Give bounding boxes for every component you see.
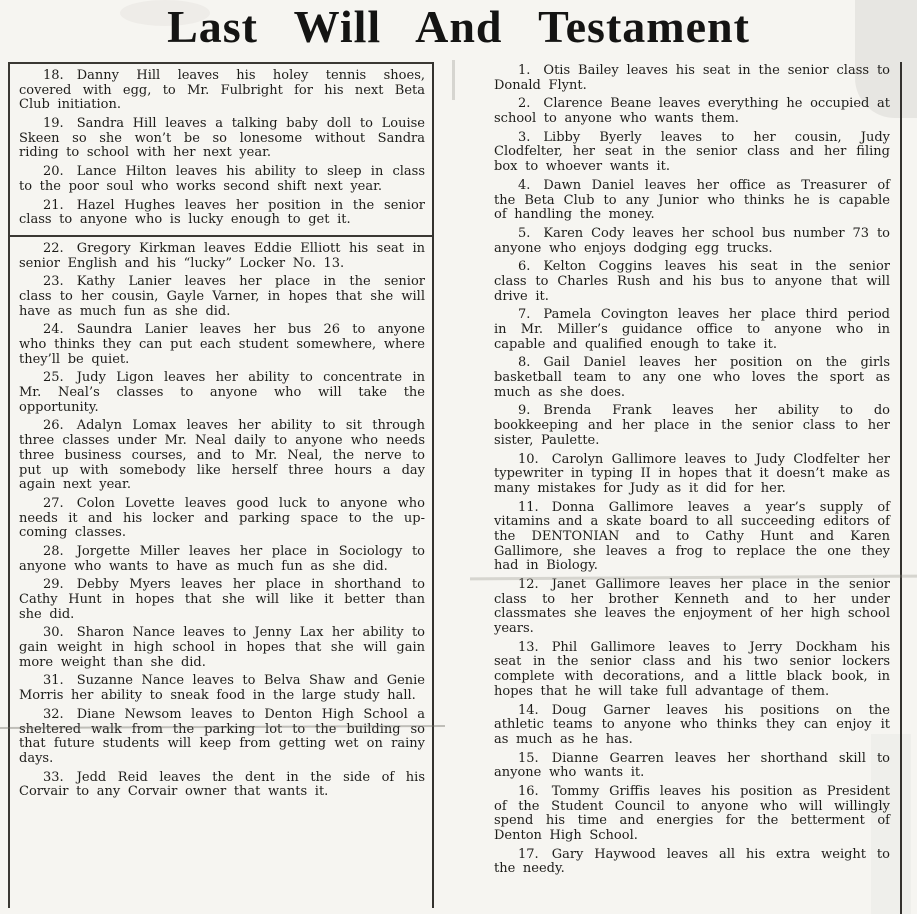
page-title: Last Will And Testament bbox=[0, 0, 917, 53]
entry-text: Dawn Daniel leaves her office as Treasur… bbox=[494, 178, 890, 222]
entry-text: Suzanne Nance leaves to Belva Shaw and G… bbox=[19, 673, 425, 703]
entry-text: Tommy Griffis leaves his position as Pre… bbox=[494, 784, 890, 843]
entry-text: Danny Hill leaves his holey tennis shoes… bbox=[19, 68, 425, 112]
entry-number: 33. bbox=[43, 770, 64, 785]
entry-text: Carolyn Gallimore leaves to Judy Clodfel… bbox=[494, 452, 890, 496]
will-entry: 33.Jedd Reid leaves the dent in the side… bbox=[19, 771, 425, 800]
scanned-page: Last Will And Testament 18.Danny Hill le… bbox=[0, 0, 917, 914]
entry-number: 32. bbox=[43, 707, 64, 722]
entry-number: 2. bbox=[518, 96, 530, 111]
will-entry: 13.Phil Gallimore leaves to Jerry Dockha… bbox=[494, 641, 890, 700]
entry-text: Diane Newsom leaves to Denton High Schoo… bbox=[19, 707, 425, 766]
entry-number: 27. bbox=[43, 496, 64, 511]
entry-number: 21. bbox=[43, 198, 64, 213]
entry-number: 20. bbox=[43, 164, 64, 179]
will-entry: 11.Donna Gallimore leaves a year’s suppl… bbox=[494, 501, 890, 574]
will-entry: 3.Libby Byerly leaves to her cousin, Jud… bbox=[494, 131, 890, 175]
entry-text: Jorgette Miller leaves her place in Soci… bbox=[19, 544, 425, 574]
entry-number: 30. bbox=[43, 625, 64, 640]
right-column: 1.Otis Bailey leaves his seat in the sen… bbox=[490, 62, 902, 914]
entry-number: 18. bbox=[43, 68, 64, 83]
will-entry: 5.Karen Cody leaves her school bus numbe… bbox=[494, 227, 890, 256]
will-entry: 21.Hazel Hughes leaves her position in t… bbox=[19, 199, 425, 228]
entry-number: 8. bbox=[518, 355, 530, 370]
will-entry: 31.Suzanne Nance leaves to Belva Shaw an… bbox=[19, 674, 425, 703]
entry-text: Lance Hilton leaves his ability to sleep… bbox=[19, 164, 425, 194]
entry-text: Hazel Hughes leaves her position in the … bbox=[19, 198, 425, 228]
entry-number: 11. bbox=[518, 500, 539, 515]
left-entry-list: 22.Gregory Kirkman leaves Eddie Elliott … bbox=[19, 242, 425, 800]
will-entry: 4.Dawn Daniel leaves her office as Treas… bbox=[494, 179, 890, 223]
entry-number: 9. bbox=[518, 403, 530, 418]
entry-text: Karen Cody leaves her school bus number … bbox=[494, 226, 890, 256]
entry-number: 31. bbox=[43, 673, 64, 688]
will-entry: 27.Colon Lovette leaves good luck to any… bbox=[19, 497, 425, 541]
will-entry: 17.Gary Haywood leaves all his extra wei… bbox=[494, 848, 890, 877]
entry-text: Phil Gallimore leaves to Jerry Dockham h… bbox=[494, 640, 890, 699]
will-entry: 15.Dianne Gearren leaves her shorthand s… bbox=[494, 752, 890, 781]
entry-number: 23. bbox=[43, 274, 64, 289]
entry-number: 1. bbox=[518, 63, 530, 78]
entry-text: Libby Byerly leaves to her cousin, Judy … bbox=[494, 130, 890, 174]
entry-text: Kathy Lanier leaves her place in the sen… bbox=[19, 274, 425, 318]
will-entry: 26.Adalyn Lomax leaves her ability to si… bbox=[19, 419, 425, 492]
entry-text: Adalyn Lomax leaves her ability to sit t… bbox=[19, 418, 425, 492]
entry-number: 13. bbox=[518, 640, 539, 655]
entry-number: 4. bbox=[518, 178, 530, 193]
entry-number: 16. bbox=[518, 784, 539, 799]
entry-number: 3. bbox=[518, 130, 530, 145]
boxed-entries-section: 18.Danny Hill leaves his holey tennis sh… bbox=[10, 62, 432, 237]
left-column: 18.Danny Hill leaves his holey tennis sh… bbox=[8, 62, 434, 908]
entry-number: 12. bbox=[518, 577, 539, 592]
entry-text: Debby Myers leaves her place in shorthan… bbox=[19, 577, 425, 621]
will-entry: 30.Sharon Nance leaves to Jenny Lax her … bbox=[19, 626, 425, 670]
scan-smudge bbox=[452, 60, 455, 100]
entry-number: 29. bbox=[43, 577, 64, 592]
will-entry: 19.Sandra Hill leaves a talking baby dol… bbox=[19, 117, 425, 161]
will-entry: 28.Jorgette Miller leaves her place in S… bbox=[19, 545, 425, 574]
entry-text: Dianne Gearren leaves her shorthand skil… bbox=[494, 751, 890, 781]
right-entry-list: 1.Otis Bailey leaves his seat in the sen… bbox=[494, 64, 890, 877]
entry-number: 26. bbox=[43, 418, 64, 433]
boxed-entry-list: 18.Danny Hill leaves his holey tennis sh… bbox=[19, 69, 425, 228]
will-entry: 16.Tommy Griffis leaves his position as … bbox=[494, 785, 890, 844]
will-entry: 25.Judy Ligon leaves her ability to conc… bbox=[19, 371, 425, 415]
entry-number: 10. bbox=[518, 452, 539, 467]
entry-text: Gregory Kirkman leaves Eddie Elliott his… bbox=[19, 241, 425, 271]
entry-number: 19. bbox=[43, 116, 64, 131]
entry-text: Colon Lovette leaves good luck to anyone… bbox=[19, 496, 425, 540]
entry-text: Doug Garner leaves his positions on the … bbox=[494, 703, 890, 747]
entry-number: 14. bbox=[518, 703, 539, 718]
entry-text: Saundra Lanier leaves her bus 26 to anyo… bbox=[19, 322, 425, 366]
entry-number: 28. bbox=[43, 544, 64, 559]
will-entry: 7.Pamela Covington leaves her place thir… bbox=[494, 308, 890, 352]
entry-number: 15. bbox=[518, 751, 539, 766]
entry-text: Kelton Coggins leaves his seat in the se… bbox=[494, 259, 890, 303]
entry-text: Gail Daniel leaves her position on the g… bbox=[494, 355, 890, 399]
will-entry: 1.Otis Bailey leaves his seat in the sen… bbox=[494, 64, 890, 93]
will-entry: 20.Lance Hilton leaves his ability to sl… bbox=[19, 165, 425, 194]
will-entry: 18.Danny Hill leaves his holey tennis sh… bbox=[19, 69, 425, 113]
will-entry: 10.Carolyn Gallimore leaves to Judy Clod… bbox=[494, 453, 890, 497]
entry-number: 5. bbox=[518, 226, 530, 241]
entry-number: 17. bbox=[518, 847, 539, 862]
entry-text: Pamela Covington leaves her place third … bbox=[494, 307, 890, 351]
entry-text: Jedd Reid leaves the dent in the side of… bbox=[19, 770, 425, 800]
entry-text: Janet Gallimore leaves her place in the … bbox=[494, 577, 890, 636]
will-entry: 24.Saundra Lanier leaves her bus 26 to a… bbox=[19, 323, 425, 367]
entry-text: Brenda Frank leaves her ability to do bo… bbox=[494, 403, 890, 447]
will-entry: 14.Doug Garner leaves his positions on t… bbox=[494, 704, 890, 748]
will-entry: 29.Debby Myers leaves her place in short… bbox=[19, 578, 425, 622]
will-entry: 2.Clarence Beane leaves everything he oc… bbox=[494, 97, 890, 126]
entry-text: Sharon Nance leaves to Jenny Lax her abi… bbox=[19, 625, 425, 669]
entry-number: 7. bbox=[518, 307, 530, 322]
entry-number: 6. bbox=[518, 259, 530, 274]
will-entry: 8.Gail Daniel leaves her position on the… bbox=[494, 356, 890, 400]
entry-number: 25. bbox=[43, 370, 64, 385]
will-entry: 23.Kathy Lanier leaves her place in the … bbox=[19, 275, 425, 319]
will-entry: 9.Brenda Frank leaves her ability to do … bbox=[494, 404, 890, 448]
entry-text: Otis Bailey leaves his seat in the senio… bbox=[494, 63, 890, 93]
will-entry: 22.Gregory Kirkman leaves Eddie Elliott … bbox=[19, 242, 425, 271]
entry-text: Donna Gallimore leaves a year’s supply o… bbox=[494, 500, 890, 574]
entry-text: Judy Ligon leaves her ability to concent… bbox=[19, 370, 425, 414]
entry-number: 22. bbox=[43, 241, 64, 256]
entry-text: Sandra Hill leaves a talking baby doll t… bbox=[19, 116, 425, 160]
entry-number: 24. bbox=[43, 322, 64, 337]
entry-text: Gary Haywood leaves all his extra weight… bbox=[494, 847, 890, 877]
will-entry: 6.Kelton Coggins leaves his seat in the … bbox=[494, 260, 890, 304]
entry-text: Clarence Beane leaves everything he occu… bbox=[494, 96, 890, 126]
will-entry: 32.Diane Newsom leaves to Denton High Sc… bbox=[19, 708, 425, 767]
will-entry: 12.Janet Gallimore leaves her place in t… bbox=[494, 578, 890, 637]
